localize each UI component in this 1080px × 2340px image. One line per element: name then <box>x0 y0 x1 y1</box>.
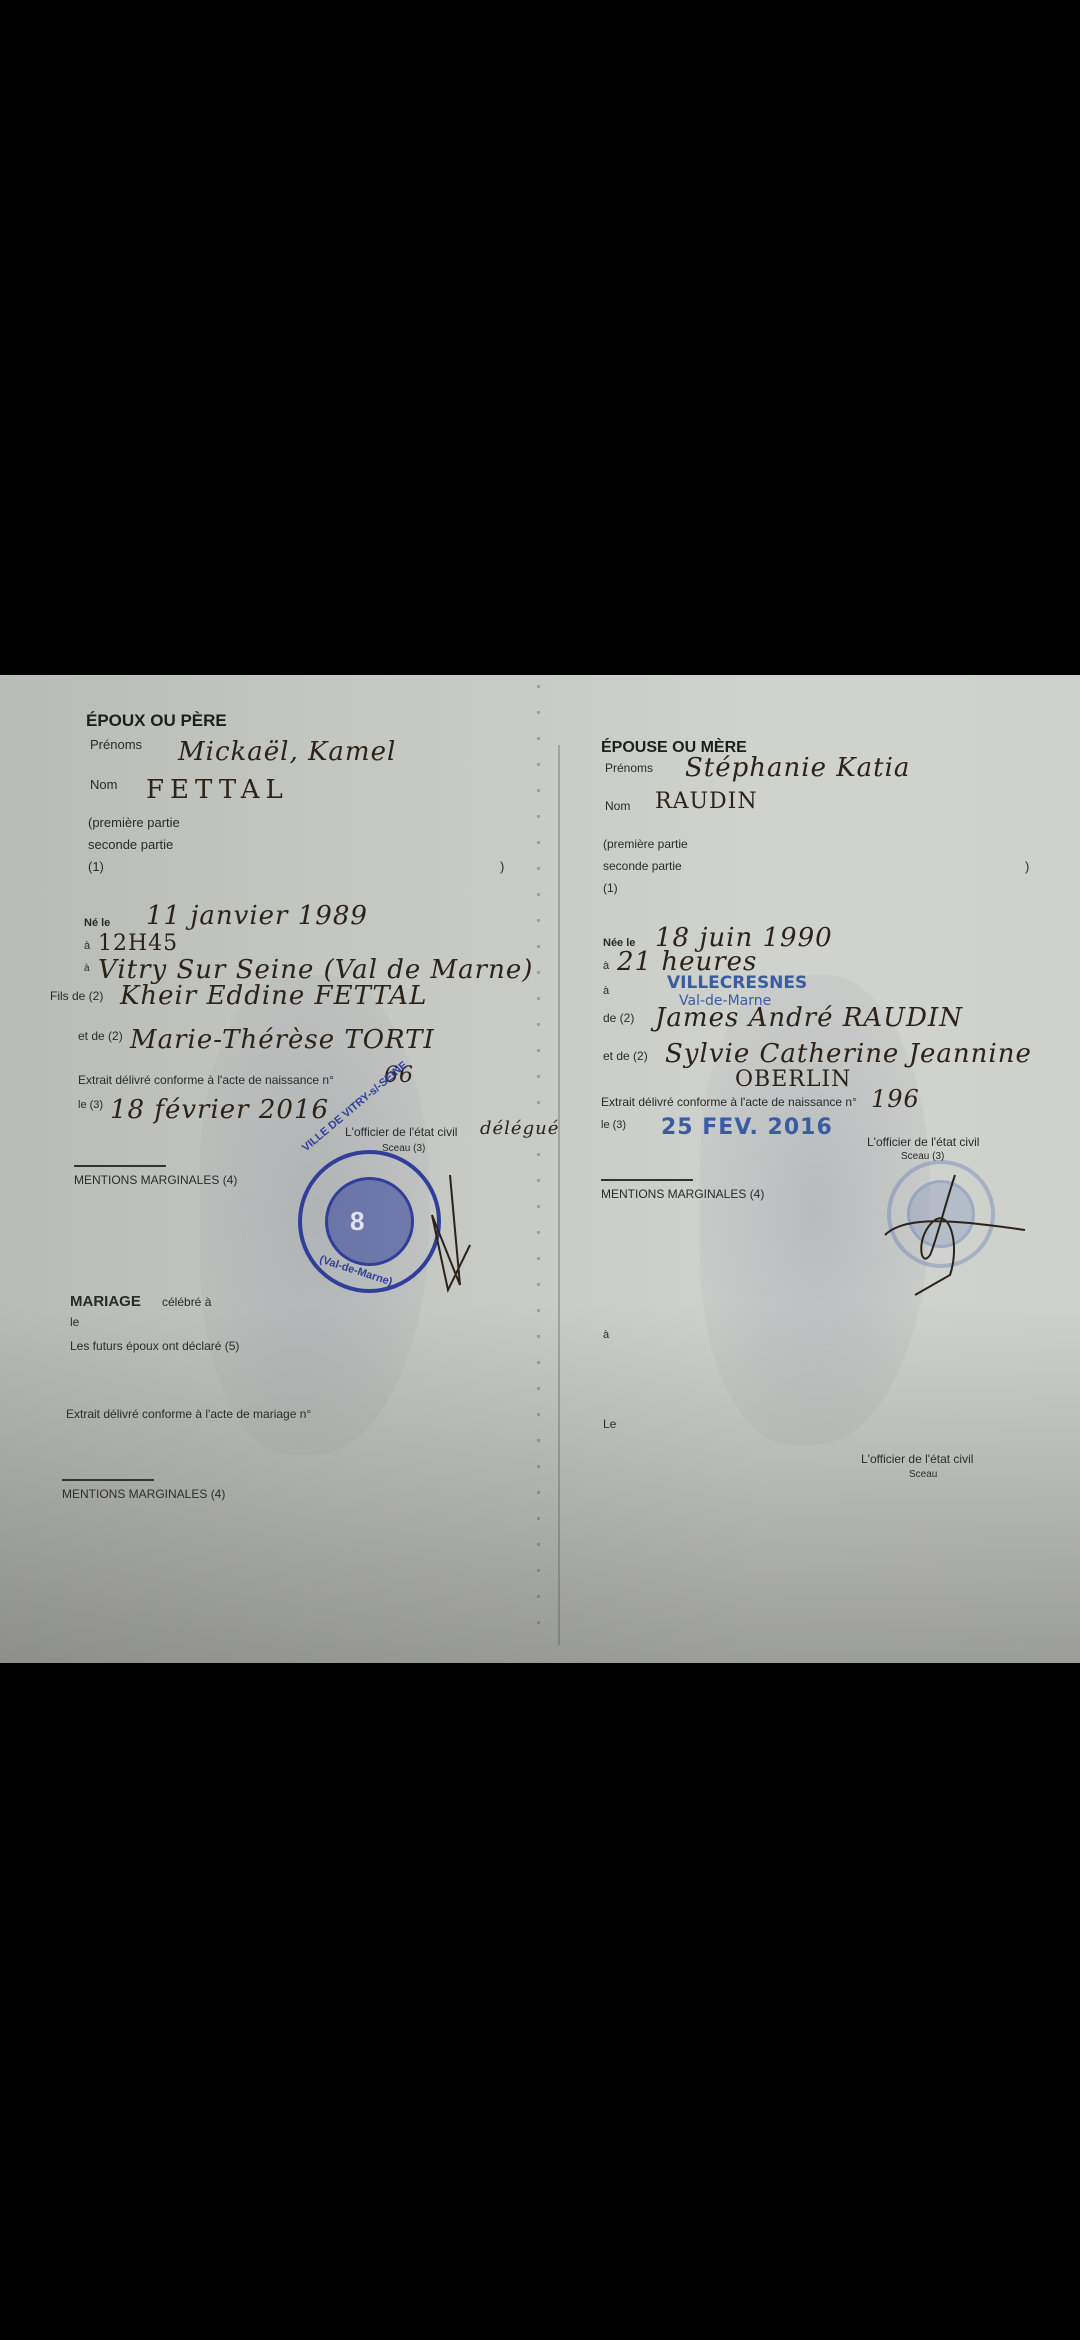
mentions-marginales-label: MENTIONS MARGINALES (4) <box>74 1173 237 1187</box>
et-de-label: et de (2) <box>603 1049 648 1063</box>
extrait-naissance-label: Extrait délivré conforme à l'acte de nai… <box>601 1095 857 1109</box>
nom-value: FETTAL <box>146 775 289 805</box>
premiere-partie-label: (première partie <box>88 815 180 830</box>
mere-value-line1: Sylvie Catherine Jeannine <box>665 1039 1032 1069</box>
officier-label: L'officier de l'état civil <box>867 1135 979 1149</box>
livret-de-famille-page: ÉPOUX OU PÈRE Prénoms Mickaël, Kamel Nom… <box>0 675 1080 1663</box>
heure-value: 12H45 <box>98 931 178 956</box>
divider <box>601 1179 693 1181</box>
pere-value: James André RAUDIN <box>655 1003 963 1033</box>
lieu-stamp-city: VILLECRESNES <box>667 973 807 993</box>
de-label: de (2) <box>603 1011 634 1025</box>
section-heading-epoux: ÉPOUX OU PÈRE <box>86 711 227 731</box>
seal-number: 8 <box>350 1206 364 1237</box>
le-value: 18 février 2016 <box>110 1095 329 1125</box>
prenoms-value: Mickaël, Kamel <box>178 737 396 767</box>
divider-2 <box>62 1479 154 1481</box>
divider <box>74 1165 166 1167</box>
note-1: (1) <box>88 859 104 874</box>
signature-right <box>875 1165 1025 1295</box>
mariage-celebre-label: célébré à <box>162 1295 211 1309</box>
date-stamp: 25 FEV. 2016 <box>661 1115 833 1140</box>
extrait-naissance-label: Extrait délivré conforme à l'acte de nai… <box>78 1073 334 1087</box>
premiere-partie-label: (première partie <box>603 837 688 851</box>
lieu-label: à <box>84 963 90 974</box>
le-label-2: Le <box>603 1417 616 1431</box>
mere-value: Marie-Thérèse TORTI <box>130 1025 435 1055</box>
officier-label-2: L'officier de l'état civil <box>861 1452 973 1466</box>
prenoms-label: Prénoms <box>90 737 142 752</box>
a-label: à <box>603 1329 609 1341</box>
heure-label: à <box>84 940 90 952</box>
nom-label: Nom <box>605 799 630 813</box>
note-1: (1) <box>603 881 618 895</box>
prenoms-value: Stéphanie Katia <box>685 753 910 783</box>
extrait-mariage-label: Extrait délivré conforme à l'acte de mar… <box>66 1407 311 1421</box>
heure-label: à <box>603 960 609 972</box>
seal-emblem <box>325 1177 415 1267</box>
mariage-heading: MARIAGE <box>70 1293 141 1310</box>
futurs-epoux-label: Les futurs époux ont déclaré (5) <box>70 1339 239 1353</box>
fils-label: Fils de (2) <box>50 989 103 1003</box>
close-paren: ) <box>1025 859 1029 874</box>
ne-le-value: 11 janvier 1989 <box>146 901 368 931</box>
signature-left <box>420 1175 480 1295</box>
sceau-label-2: Sceau <box>909 1469 937 1480</box>
ne-le-label: Né le <box>84 917 110 929</box>
extrait-naissance-number: 196 <box>871 1085 920 1113</box>
lieu-label: à <box>603 985 609 997</box>
mentions-marginales-label-2: MENTIONS MARGINALES (4) <box>62 1487 225 1501</box>
seconde-partie-label: seconde partie <box>603 859 682 873</box>
pere-value: Kheir Eddine FETTAL <box>120 981 427 1011</box>
et-de-label: et de (2) <box>78 1029 123 1043</box>
mentions-marginales-label: MENTIONS MARGINALES (4) <box>601 1187 764 1201</box>
right-page-epouse: ÉPOUSE OU MÈRE Prénoms Stéphanie Katia N… <box>545 675 1080 1663</box>
officier-label: L'officier de l'état civil <box>345 1125 457 1139</box>
seconde-partie-label: seconde partie <box>88 837 173 852</box>
mere-value-line2: OBERLIN <box>735 1067 851 1092</box>
left-page-epoux: ÉPOUX OU PÈRE Prénoms Mickaël, Kamel Nom… <box>0 675 545 1663</box>
nom-label: Nom <box>90 777 117 792</box>
prenoms-label: Prénoms <box>605 761 653 775</box>
nom-value: RAUDIN <box>655 789 758 814</box>
mariage-le-label: le <box>70 1315 79 1329</box>
le-label: le (3) <box>601 1119 626 1131</box>
le-label: le (3) <box>78 1099 103 1111</box>
close-paren: ) <box>500 859 504 874</box>
